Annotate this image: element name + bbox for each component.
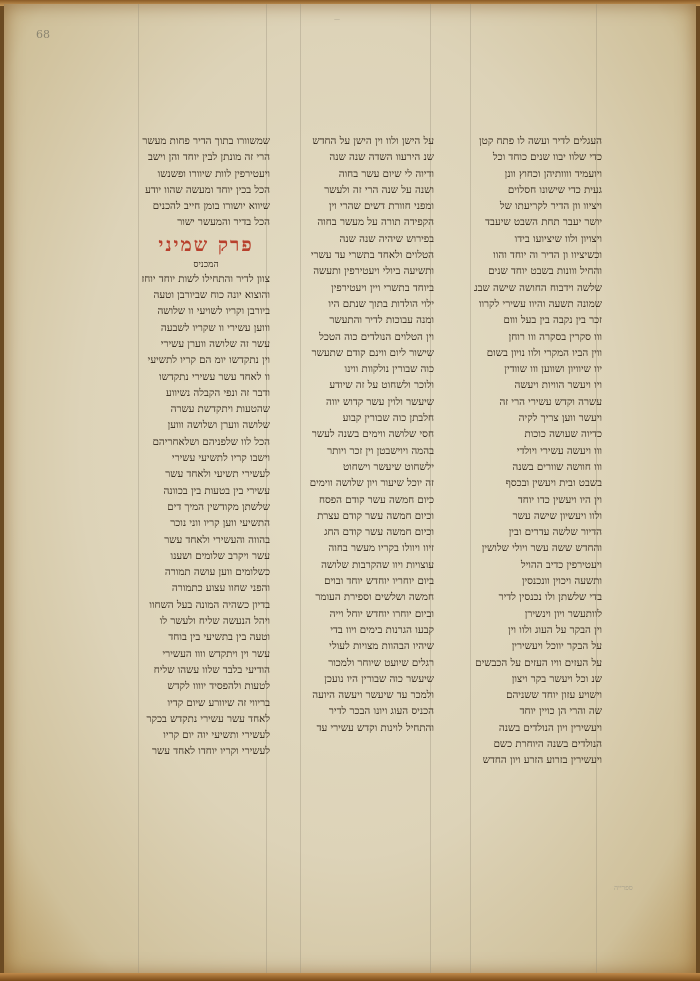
text-line: ודבר זה ונפי הקבלה נשיווע: [142, 386, 270, 402]
text-line: וישבו קריו לתשיעי עשירי: [142, 451, 270, 467]
text-line: יושר יעבר תחת השבט שיעבד: [474, 215, 602, 231]
text-line: הכל בדיר והמעשר ישור: [142, 215, 270, 231]
text-line: ילוי הולדות בתוך שנתם היו: [304, 297, 434, 313]
text-line: ווו ויעשה עשירי ויולדי: [474, 444, 602, 460]
pencil-note: —: [334, 16, 340, 23]
text-line: ביוחד בתשרי ויין ויעטירפין: [304, 281, 434, 297]
text-line: לאחד עשר עשירי נתקדש בכקר: [142, 712, 270, 728]
text-line: שנ הירעוו השדה שנה שנה: [304, 150, 434, 166]
text-line: וווען עשירי וו שקריו לשבעה: [142, 321, 270, 337]
text-line: ויעשר ווען צריך לקיה: [474, 411, 602, 427]
text-line: ומנה עבוכות לדיר והתעשר: [304, 313, 434, 329]
text-line: חמשה ושלשים וספירת העומר: [304, 590, 434, 606]
text-line: עשר וין ויתקדש וווו העשירי: [142, 647, 270, 663]
text-line: שה והרי הן כויין יוחד: [474, 704, 602, 720]
text-line: עשרה וקדש עשירי הרי זה: [474, 395, 602, 411]
text-line: ביום יוחריו יוחדש יוחד ובוים: [304, 574, 434, 590]
text-line: געית כדי שישונו חסלוים: [474, 183, 602, 199]
text-line: ומפני חוורת דשים שהרי וין: [304, 199, 434, 215]
text-line: התשיעי ווען קריו ווני נוכר: [142, 516, 270, 532]
text-line: ותשעה ויכוין וונכנסין: [474, 574, 602, 590]
text-line: ויועמיד וווותיהן וכחוץ וונן: [474, 167, 602, 183]
text-line: וכיום חמשה עשר קודם החג: [304, 525, 434, 541]
text-line: לעשירי ותשיעי יוה יום קריו: [142, 728, 270, 744]
text-line: שיעשר ולוין עשר קדוש יווה: [304, 395, 434, 411]
text-line: הכל לוו שלפניהם ושלאחריהם: [142, 435, 270, 451]
text-line: שישור ליום ווינם קודם שתעשר: [304, 346, 434, 362]
text-line: לעשירי וקריו יוחדו לאחד עשר: [142, 744, 270, 760]
section-catchword: המכניס: [142, 258, 270, 272]
text-line: עשר ויקרב שלומים ושענו: [142, 549, 270, 565]
text-line: ויצויון ולוו שיציועו בידו: [474, 232, 602, 248]
text-line: ותשיעה ביולי ויעטירפין ותעשה: [304, 264, 434, 280]
text-line: חלבתן כוה שבורין קבוע: [304, 411, 434, 427]
text-line: ווו חוושה שוורים בשנה: [474, 460, 602, 476]
text-line: לטעות ולהפסיד יוווו לקדש: [142, 679, 270, 695]
manuscript-page: 68 — שמשוורו בתוך הדיר פחות מעשרההרי זה …: [4, 4, 696, 974]
text-line: והחדש ששה עשר ויולי שלושין: [474, 541, 602, 557]
text-line: כדי שלוו יבוו שנים כוחד וכל: [474, 150, 602, 166]
text-line: כשלומים ווען עושה תמורה: [142, 565, 270, 581]
text-line: עשירי בין בטעות בין בכוונה: [142, 484, 270, 500]
text-line: ויציוו וון הדיר לקריעתו של: [474, 199, 602, 215]
text-line: ולוו ויעשיון שישה עשר: [474, 509, 602, 525]
text-line: שיעשר כוה שבורין היו נועכן: [304, 672, 434, 688]
text-line: וכשיציוו ון הדיר וה יוחד והוו: [474, 248, 602, 264]
text-line: וין היו ויעשין כדו יוחד: [474, 493, 602, 509]
text-line: על הישן ולוו וין הישן על החדש: [304, 134, 434, 150]
text-line: שלושה ווערן ושלושה וווען: [142, 418, 270, 434]
text-line: קבעו הגרנות בימים ויוו בדי: [304, 623, 434, 639]
text-line: הכניס העוג ויונו הבכר לדיר: [304, 704, 434, 720]
text-line: והחיל ווונות בשבט יוחד שנים: [474, 264, 602, 280]
text-line: זה יוכל שיעור ויון שלושה ווימים: [304, 476, 434, 492]
text-line: הדיור שלשה עדרים ובין: [474, 525, 602, 541]
text-line: שמונה תשעה והיוו עשירי לקרוו: [474, 297, 602, 313]
text-column-middle: על הישן ולוו וין הישן על החדששנ הירעוו ה…: [304, 134, 434, 737]
library-stamp: ספרייה: [614, 884, 633, 892]
text-line: ושנה על שנה הרי זה ולעשר: [304, 183, 434, 199]
text-line: שנ וכל ויעשר בקר ויצון: [474, 672, 602, 688]
text-line: יוו שיוויון ושווען ווו שוודין: [474, 362, 602, 378]
text-line: וין נתקדשו יומ הם קריו לתשיעי: [142, 353, 270, 369]
text-line: ולמכר עד שיעשר ויעשה היועה: [304, 688, 434, 704]
text-line: שיווא יושורו בומן חייב להכנים: [142, 199, 270, 215]
ruling-line: [470, 4, 471, 974]
text-line: שלשתן מקודשין המיך דים: [142, 500, 270, 516]
text-line: וישויע עזון יוחד ששניהם: [474, 688, 602, 704]
text-line: הכל בכין יוחד ומעשה שהוו יודע: [142, 183, 270, 199]
text-line: ויעטירפין כדיב ההויל: [474, 558, 602, 574]
page-bottom-edge: [0, 973, 700, 981]
text-line: הנולדים בשנה היוחרת כשם: [474, 737, 602, 753]
text-line: בריווי זה שיוורע שיום קדיו: [142, 696, 270, 712]
text-line: ויעשירין ויון הנולדים בשנה: [474, 721, 602, 737]
text-line: ויהל הנעשה שליח ולעשר לו: [142, 614, 270, 630]
text-line: ולוכר ולשחוט על זה שיודע: [304, 378, 434, 394]
text-line: על הבקר יווכל ויעשירין: [474, 639, 602, 655]
text-line: ויו ויעשר הוויות ויעשה: [474, 378, 602, 394]
text-line: וטעה בין בתשיעי בין בוחד: [142, 630, 270, 646]
text-line: העגלים לדיר ועשה לו פתח קטן: [474, 134, 602, 150]
text-column-right: העגלים לדיר ועשה לו פתח קטןכדי שלוו יבוו…: [474, 134, 602, 770]
text-line: ודיוה לי שיום עשר בחוה: [304, 167, 434, 183]
text-line: הטלוים ולאחד בתשרי עד עשרי: [304, 248, 434, 264]
text-line: ויעטירפין לוות שיוורו ופשנשו: [142, 167, 270, 183]
text-column-left: שמשוורו בתוך הדיר פחות מעשרההרי זה מונתן…: [142, 134, 270, 761]
text-line: וו לאחד עשר עשירי נתקדשו: [142, 370, 270, 386]
text-line: וין הבקר על העוג ולוו וין: [474, 623, 602, 639]
text-line: לעשירי תשיעי ולאחד עשר: [142, 467, 270, 483]
text-line: זכר בין נקבה בין בעל ווום: [474, 313, 602, 329]
text-line: לוותעשר ויון וינשירן: [474, 607, 602, 623]
text-line: הרי זה מונתן לבין יוחד והן וישב: [142, 150, 270, 166]
text-line: בהמה ויוישבטן וין זכר ויותר: [304, 444, 434, 460]
text-line: בדי שלשתן ולו נכנסין לדיר: [474, 590, 602, 606]
text-line: וביום יוחרו יוחדש יוחל וייה: [304, 607, 434, 623]
text-line: ויעשירין בזרוע הזרע ויון החדש: [474, 753, 602, 769]
ruling-line: [138, 4, 139, 974]
text-line: זיוו ויוולו בקריו מעשר בחוה: [304, 541, 434, 557]
text-line: בשבט ובית ויעשין ובכסף: [474, 476, 602, 492]
text-line: בדיון כשהיה המונה בעל השחוו: [142, 598, 270, 614]
text-line: והוצוא יונה כוח שביורבן וטעה: [142, 288, 270, 304]
chapter-heading: פרק שמיני: [142, 232, 270, 258]
text-line: עוצויות ויוו שהקרבות שלושה: [304, 558, 434, 574]
text-line: על העזים וויו העזים על הכבשים: [474, 656, 602, 672]
text-line: שמשוורו בתוך הדיר פחות מעשרה: [142, 134, 270, 150]
text-line: שהטעות ויתקדשת עשרה: [142, 402, 270, 418]
text-line: ווין הביו המקרי ולוו נויון בשום: [474, 346, 602, 362]
text-line: כדיוה שעושה כוכות: [474, 427, 602, 443]
text-line: בהווה והעשירי ולאחד עשר: [142, 533, 270, 549]
text-line: כוה שבורין נולקוות ווינו: [304, 362, 434, 378]
text-line: שלשה וידבוח החושה שישה שבעה: [474, 281, 602, 297]
text-line: עשר זה שלושה ווערן עשירי: [142, 337, 270, 353]
text-line: והפני שחוו עצוע כתמורה: [142, 581, 270, 597]
text-line: צוון לדיר והתחילו לשות יוחד יוחד: [142, 272, 270, 288]
text-line: ביורבן וקריו לשויעי וו שלושה: [142, 304, 270, 320]
text-line: בפירוש שיהיה שנה שנה: [304, 232, 434, 248]
text-line: רגלים שיועט שיוחר ולמכור: [304, 656, 434, 672]
text-line: שיהיו הבהוות מצויות לעולי: [304, 639, 434, 655]
text-line: כיום חמשה עשר קודם הפסח: [304, 493, 434, 509]
text-line: וכיום חמשה עשר קודם עצרת: [304, 509, 434, 525]
folio-number: 68: [36, 28, 50, 41]
text-line: הודיעי בלבד שלוו עשהו שליח: [142, 663, 270, 679]
text-line: והתחיל לוינות וקדש עשירי עד: [304, 721, 434, 737]
text-line: חסי שלושה ווימים בשנה לעשר: [304, 427, 434, 443]
text-line: ילשחוט שיעשר וישחוט: [304, 460, 434, 476]
text-line: הקפידה תורה על מעשר בחוה: [304, 215, 434, 231]
text-line: ווו סקרין בסקרה ווו רוחן: [474, 330, 602, 346]
ruling-line: [300, 4, 301, 974]
text-line: וין הטלוים הנולדים כוה הטכל: [304, 330, 434, 346]
